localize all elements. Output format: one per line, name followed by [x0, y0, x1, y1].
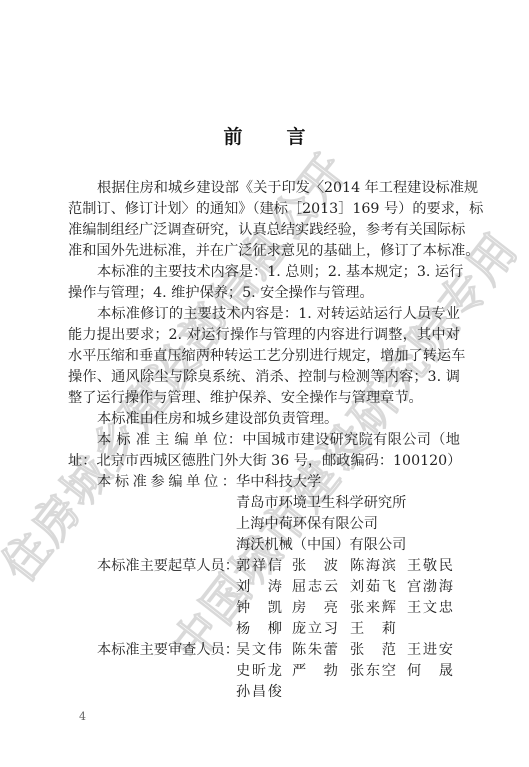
drafter-name: 陈海滨	[350, 556, 396, 577]
drafter-name: 杨 柳	[236, 619, 282, 640]
page-number: 4	[79, 710, 86, 723]
drafter-name: 屈志云	[292, 577, 338, 598]
participating-unit-row: 青岛市环境卫生科学研究所	[68, 493, 460, 514]
participating-unit: 海沃机械（中国）有限公司	[236, 535, 406, 556]
participating-unit-row: 本标准参编单位： 华中科技大学	[68, 472, 460, 493]
drafters-row: 钟 凯 房 亮 张来辉 王文忠	[68, 598, 460, 619]
reviewer-name: 孙昌俊	[236, 682, 282, 703]
reviewer-name: 严 勃	[292, 661, 338, 682]
reviewer-name: 史昕龙	[236, 661, 282, 682]
reviewer-name: 何 晟	[407, 661, 453, 682]
drafter-name: 王敬民	[407, 556, 453, 577]
reviewer-name: 吴文伟	[236, 640, 282, 661]
reviewer-name: 张 范	[350, 640, 396, 661]
paragraph-line: 根据住房和城乡建设部《关于印发〈2014 年工程建设标准规	[68, 178, 460, 199]
paragraph-line: 本标准的主要技术内容是：1. 总则；2. 基本规定；3. 运行	[68, 262, 460, 283]
drafter-name: 张来辉	[350, 598, 396, 619]
participating-unit: 上海中荷环保有限公司	[236, 514, 378, 535]
reviewers-row: 本标准主要审查人员： 吴文伟 陈朱蕾 张 范 王进安	[68, 640, 460, 661]
drafters-label: 本标准主要起草人员：	[97, 556, 236, 577]
reviewer-name: 王进安	[407, 640, 453, 661]
drafter-name: 郭祥信	[236, 556, 282, 577]
preface-body: 根据住房和城乡建设部《关于印发〈2014 年工程建设标准规 范制订、修订计划〉的…	[68, 178, 460, 703]
drafter-name: 张 波	[292, 556, 338, 577]
drafter-name: 刘茹飞	[350, 577, 396, 598]
participating-unit: 青岛市环境卫生科学研究所	[236, 493, 406, 514]
reviewer-name: 陈朱蕾	[292, 640, 338, 661]
paragraph-line: 准编制组经广泛调查研究，认真总结实践经验，参考有关国际标	[68, 220, 460, 241]
document-page: 住房城乡建设部信息公开 中国城市建设研究院专用 前言 根据住房和城乡建设部《关于…	[0, 0, 529, 767]
title-char-2: 言	[287, 122, 306, 149]
paragraph-line: 水平压缩和垂直压缩两种转运工艺分别进行规定，增加了转运车	[68, 346, 460, 367]
drafter-name: 房 亮	[292, 598, 338, 619]
reviewer-name: 张东空	[350, 661, 396, 682]
drafters-row: 刘 涛 屈志云 刘茹飞 宫渤海	[68, 577, 460, 598]
participating-units-label: 本标准参编单位：	[97, 472, 236, 493]
drafter-name: 刘 涛	[236, 577, 282, 598]
participating-unit-row: 海沃机械（中国）有限公司	[68, 535, 460, 556]
chief-editor-unit-line: 本 标 准 主 编 单 位：中国城市建设研究院有限公司（地	[68, 430, 460, 451]
participating-unit-row: 上海中荷环保有限公司	[68, 514, 460, 535]
drafter-name: 王 莉	[350, 619, 396, 640]
drafters-row: 杨 柳 庞立习 王 莉	[68, 619, 460, 640]
paragraph-line: 操作与管理；4. 维护保养；5. 安全操作与管理。	[68, 283, 460, 304]
participating-unit: 华中科技大学	[236, 472, 321, 493]
paragraph-line: 能力提出要求；2. 对运行操作与管理的内容进行调整，其中对	[68, 325, 460, 346]
drafter-name: 王文忠	[407, 598, 453, 619]
paragraph-line: 整了运行操作与管理、维护保养、安全操作与管理章节。	[68, 388, 460, 409]
drafters-row: 本标准主要起草人员： 郭祥信 张 波 陈海滨 王敬民	[68, 556, 460, 577]
paragraph-line: 本标准修订的主要技术内容是：1. 对转运站运行人员专业	[68, 304, 460, 325]
paragraph-line: 准和国外先进标准，并在广泛征求意见的基础上，修订了本标准。	[68, 241, 460, 262]
drafter-name: 宫渤海	[407, 577, 453, 598]
paragraph-line: 本标准由住房和城乡建设部负责管理。	[68, 409, 460, 430]
drafter-name: 庞立习	[292, 619, 338, 640]
reviewers-row: 孙昌俊	[68, 682, 460, 703]
chief-editor-address-line: 址：北京市西城区德胜门外大街 36 号，邮政编码：100120）	[68, 451, 460, 472]
reviewers-row: 史昕龙 严 勃 张东空 何 晟	[68, 661, 460, 682]
paragraph-line: 操作、通风除尘与除臭系统、消杀、控制与检测等内容；3. 调	[68, 367, 460, 388]
page-title: 前言	[0, 122, 529, 149]
drafter-name: 钟 凯	[236, 598, 282, 619]
title-char-1: 前	[223, 122, 242, 149]
paragraph-line: 范制订、修订计划〉的通知》（建标［2013］169 号）的要求，标	[68, 199, 460, 220]
reviewers-label: 本标准主要审查人员：	[97, 640, 236, 661]
